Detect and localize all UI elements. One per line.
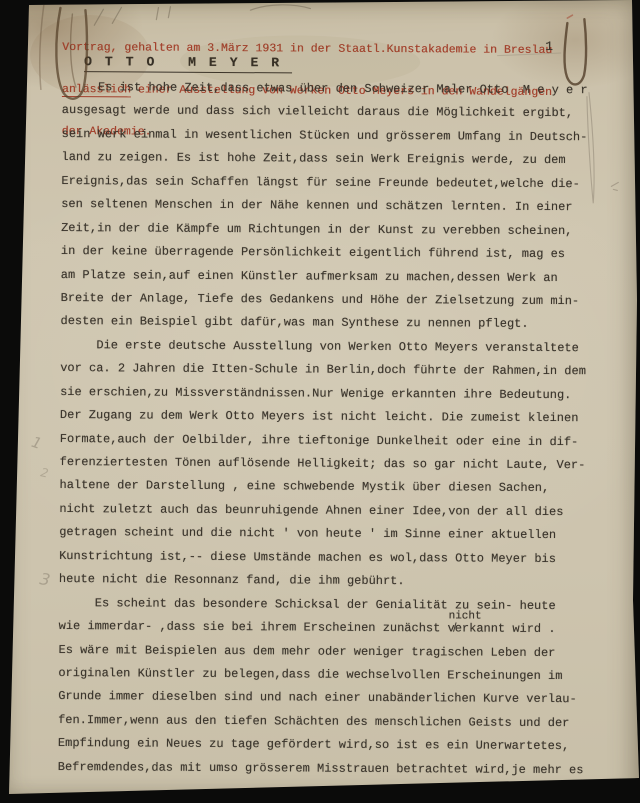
margin-pencil-mark-1: 1	[29, 433, 44, 453]
text-line: originalen Künstler zu belegen,dass die …	[58, 662, 584, 689]
text-line: vor ca. 2 Jahren die Itten-Schule in Ber…	[60, 357, 586, 384]
text-line: Die erste deutsche Ausstellung von Werke…	[60, 334, 586, 361]
pencil-hairpin-line-icon	[586, 92, 619, 203]
text-line: Befremdendes,das mit umso grösserem Miss…	[58, 756, 584, 783]
text-line: ausgesagt werde und dass sich vielleicht…	[62, 99, 588, 126]
text-line: Der Zugang zu dem Werk Otto Meyers ist n…	[60, 404, 586, 431]
text-line: getragen scheint und die nicht ' von heu…	[59, 521, 585, 548]
document-page: Vortrag, gehalten am 3.März 1931 in der …	[0, 0, 640, 803]
text-line: sie erschien,zu Missverständnissen.Nur W…	[60, 381, 586, 408]
text-line: fen.Immer,wenn aus den tiefen Schächten …	[58, 709, 584, 736]
page-content: Vortrag, gehalten am 3.März 1931 in der …	[0, 0, 640, 803]
text-line: ferenziertesten Tönen auflösende Helligk…	[60, 451, 586, 478]
page-number: 1	[545, 39, 553, 54]
text-line: Breite der Anlage, Tiefe des Gedankens u…	[61, 287, 587, 314]
margin-pencil-mark-2: 2	[39, 465, 49, 480]
text-line: Es wäre mit Beispielen aus dem mehr oder…	[58, 639, 584, 666]
text-line: haltene der Darstellung , eine schwebend…	[59, 474, 585, 501]
text-line: Kunstrichtung ist,-- diese Umstände mach…	[59, 545, 585, 572]
text-line: Grunde immer dieselben sind und nach ein…	[58, 685, 584, 712]
text-line: Empfindung ein Neues zu tage gefördert w…	[58, 732, 584, 759]
text-line: in der keine überragende Persönlichkeit …	[61, 240, 587, 267]
text-line: Es ist hohe Zeit,dass etwas über den Sch…	[62, 76, 588, 103]
inserted-word-above-line: nicht	[449, 611, 482, 622]
document-title: O T T O M E Y E R	[84, 54, 292, 73]
text-line: heute nicht die Resonnanz fand, die ihm …	[59, 568, 585, 595]
text-line: am Platze sein,auf einen Künstler aufmer…	[61, 264, 587, 291]
paperclip-imprint-right-icon	[564, 15, 586, 84]
text-line: desten ein Beispiel gibt dafür,was man S…	[60, 310, 586, 337]
body-text: Es ist hohe Zeit,dass etwas über den Sch…	[58, 76, 588, 782]
margin-pencil-mark-3: 3	[38, 569, 51, 590]
text-line: Ereignis,das sein Schaffen längst für se…	[61, 170, 587, 197]
text-line: Zeit,in der die Kämpfe um Richtungen in …	[61, 217, 587, 244]
text-line: Formate,auch der Oelbilder, ihre tiefton…	[60, 428, 586, 455]
text-line: nicht zuletzt auch das beunruhigende Ahn…	[59, 498, 585, 525]
text-line: sein Werk einmal in wesentlichen Stücken…	[62, 123, 588, 150]
text-line: wie immerdar- ,dass sie bei ihrem Ersche…	[59, 615, 585, 642]
text-line: land zu zeigen. Es ist hohe Zeit,dass se…	[61, 146, 587, 173]
text-line: Es scheint das besondere Schicksal der G…	[59, 592, 585, 619]
text-line: sen seltenen Menschen in der Nähe kennen…	[61, 193, 587, 220]
